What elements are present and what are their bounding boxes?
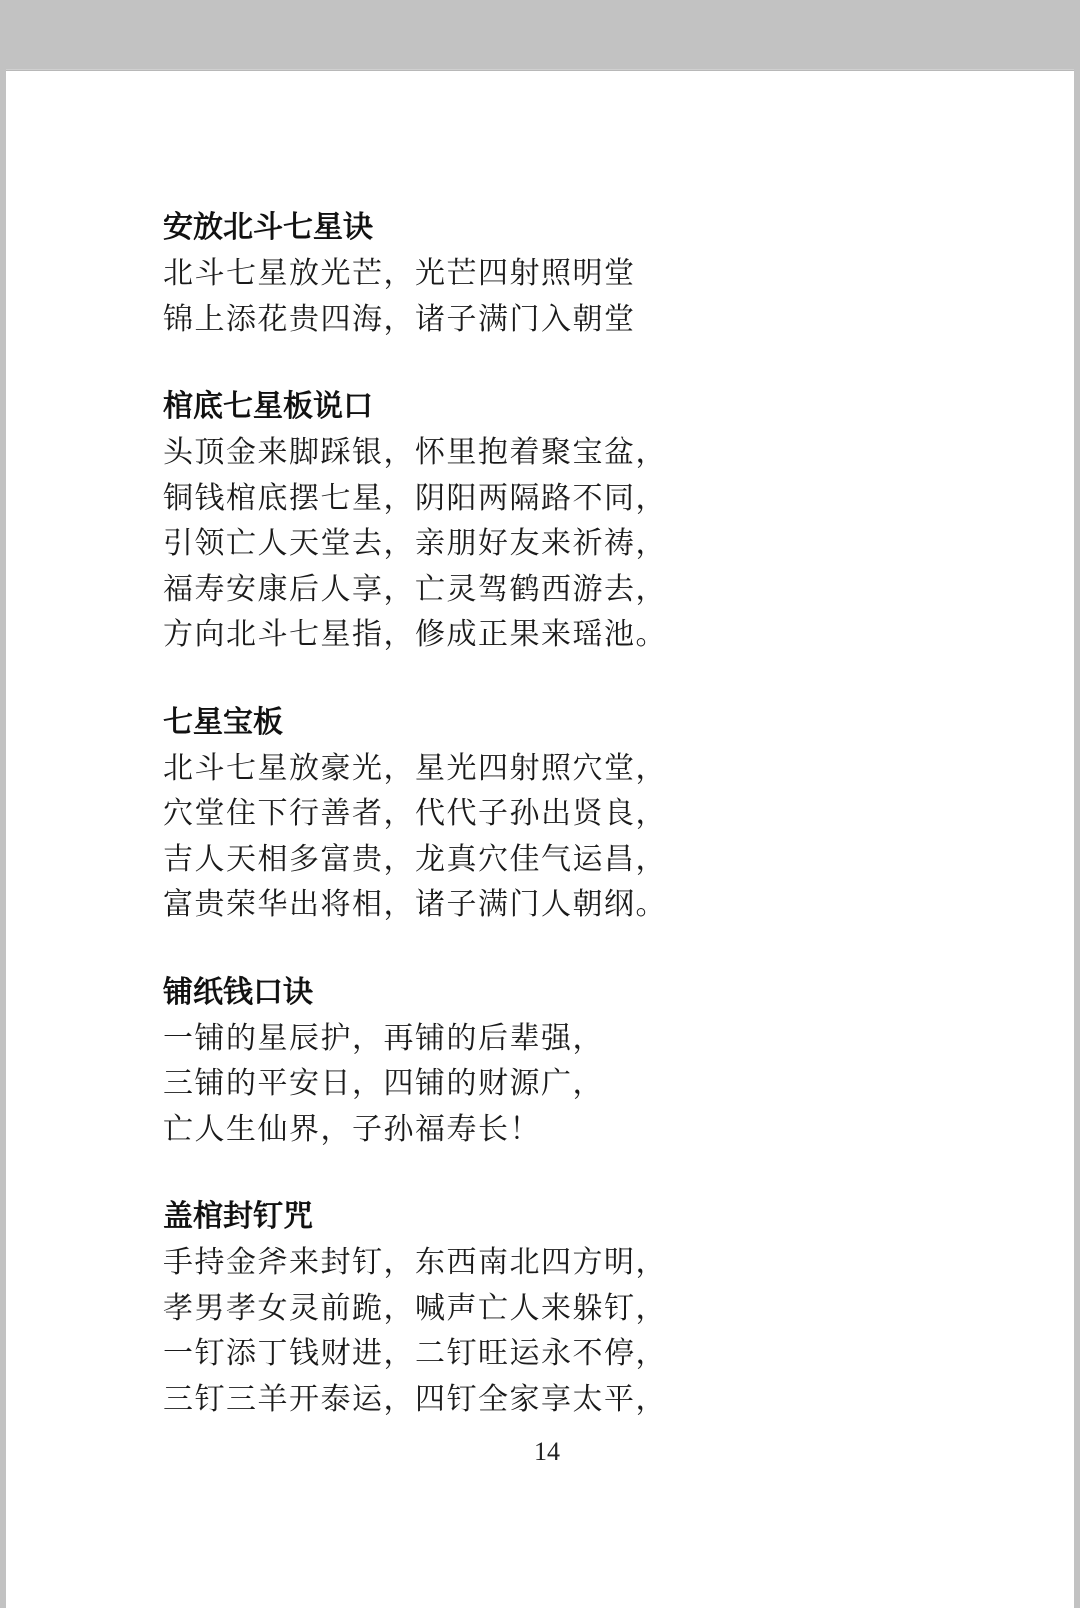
verse-line: 北斗七星放豪光，星光四射照穴堂，	[163, 746, 863, 792]
verse-line: 北斗七星放光芒，光芒四射照明堂	[163, 251, 863, 297]
verse-line: 三铺的平安日，四铺的财源广，	[163, 1061, 863, 1107]
verse-line: 铜钱棺底摆七星，阴阳两隔路不同，	[163, 476, 863, 522]
verse-line: 三钉三羊开泰运，四钉全家享太平，	[163, 1377, 863, 1423]
document-page: 安放北斗七星诀 北斗七星放光芒，光芒四射照明堂 锦上添花贵四海，诸子满门入朝堂 …	[6, 70, 1074, 1608]
verse-line: 一钉添丁钱财进，二钉旺运永不停，	[163, 1331, 863, 1377]
section-title: 安放北斗七星诀	[163, 205, 863, 251]
verse-line: 头顶金来脚踩银，怀里抱着聚宝盆，	[163, 430, 863, 476]
verse-line: 亡人生仙界，子孙福寿长！	[163, 1107, 863, 1153]
verse-line: 锦上添花贵四海，诸子满门入朝堂	[163, 297, 863, 343]
verse-line: 手持金斧来封钉，东西南北四方明，	[163, 1240, 863, 1286]
page-content: 安放北斗七星诀 北斗七星放光芒，光芒四射照明堂 锦上添花贵四海，诸子满门入朝堂 …	[163, 205, 863, 1464]
viewer-top-bar	[0, 0, 1080, 68]
section-guandi-qixingban: 棺底七星板说口 头顶金来脚踩银，怀里抱着聚宝盆， 铜钱棺底摆七星，阴阳两隔路不同…	[163, 384, 863, 658]
section-gaiguan-fengding: 盖棺封钉咒 手持金斧来封钉，东西南北四方明， 孝男孝女灵前跪，喊声亡人来躲钉， …	[163, 1194, 863, 1422]
verse-line: 引领亡人天堂去，亲朋好友来祈祷，	[163, 521, 863, 567]
section-anfang-beidou: 安放北斗七星诀 北斗七星放光芒，光芒四射照明堂 锦上添花贵四海，诸子满门入朝堂	[163, 205, 863, 342]
verse-line: 福寿安康后人享，亡灵驾鹤西游去，	[163, 567, 863, 613]
verse-line: 吉人天相多富贵，龙真穴佳气运昌，	[163, 837, 863, 883]
section-title: 铺纸钱口诀	[163, 970, 863, 1016]
verse-line: 孝男孝女灵前跪，喊声亡人来躲钉，	[163, 1286, 863, 1332]
section-title: 盖棺封钉咒	[163, 1194, 863, 1240]
section-qixing-baoban: 七星宝板 北斗七星放豪光，星光四射照穴堂， 穴堂住下行善者，代代子孙出贤良， 吉…	[163, 700, 863, 928]
section-title: 棺底七星板说口	[163, 384, 863, 430]
section-title: 七星宝板	[163, 700, 863, 746]
verse-line: 一铺的星辰护，再铺的后辈强，	[163, 1016, 863, 1062]
verse-line: 穴堂住下行善者，代代子孙出贤良，	[163, 791, 863, 837]
section-puzhiqian-koujue: 铺纸钱口诀 一铺的星辰护，再铺的后辈强， 三铺的平安日，四铺的财源广， 亡人生仙…	[163, 970, 863, 1153]
verse-line: 方向北斗七星指，修成正果来瑶池。	[163, 612, 863, 658]
page-number: 14	[6, 1437, 1074, 1467]
verse-line: 富贵荣华出将相，诸子满门人朝纲。	[163, 882, 863, 928]
